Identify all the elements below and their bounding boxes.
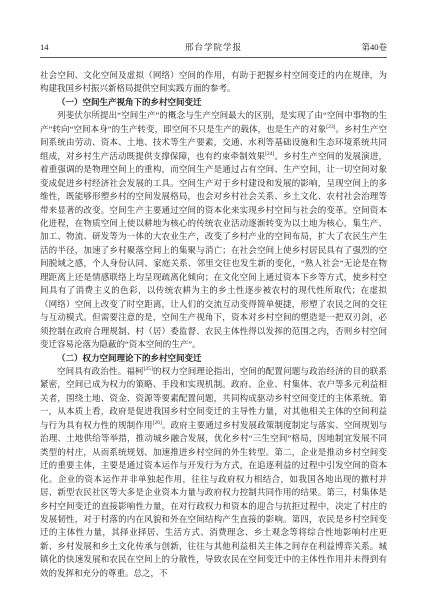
paragraph-text: 。乡村生产空间的发展演进，着重强调的是物理空间上的重构，而空间生产是通过占有空间… — [40, 151, 387, 349]
reference-superscript: [25] — [144, 366, 153, 372]
continued-paragraph: 社会空间、文化空间及虚拟（网络）空间的作用，有助于把握乡村空间变迁的内在规律，为… — [40, 69, 387, 96]
section-heading-space-production: （一）空间生产视角下的乡村空间变迁 — [40, 96, 387, 109]
reference-superscript: [26] — [153, 420, 162, 426]
page-header: 14 邢台学院学报 第40卷 — [40, 42, 387, 58]
section-heading-power-space: （二）权力空间理论下的乡村空间变迁 — [40, 352, 387, 365]
section-paragraph-space-production: 列斐伏尔所提出“空间生产”的概念与生产空间最大的区别，是实现了由“空间中事物的生… — [40, 109, 387, 351]
section-paragraph-power-space: 空间具有政治性。福柯[25]的权力空间理论指出，空间的配置问题与政治经济的目的联… — [40, 365, 387, 580]
reference-superscript: [24] — [265, 151, 274, 157]
paragraph-text: 空间具有政治性。福柯 — [57, 366, 144, 376]
journal-title: 邢台学院学报 — [110, 42, 317, 52]
article-body: 社会空间、文化空间及虚拟（网络）空间的作用，有助于把握乡村空间变迁的内在规律，为… — [40, 69, 387, 580]
journal-page: 14 邢台学院学报 第40卷 社会空间、文化空间及虚拟（网络）空间的作用，有助于… — [0, 0, 427, 603]
volume-label: 第40卷 — [317, 42, 387, 52]
paragraph-text: 。政府主要通过乡村发展政策制度制定与落实、空间规划与治理、土地供给等举措，推动城… — [40, 420, 387, 578]
page-number: 14 — [40, 42, 110, 52]
